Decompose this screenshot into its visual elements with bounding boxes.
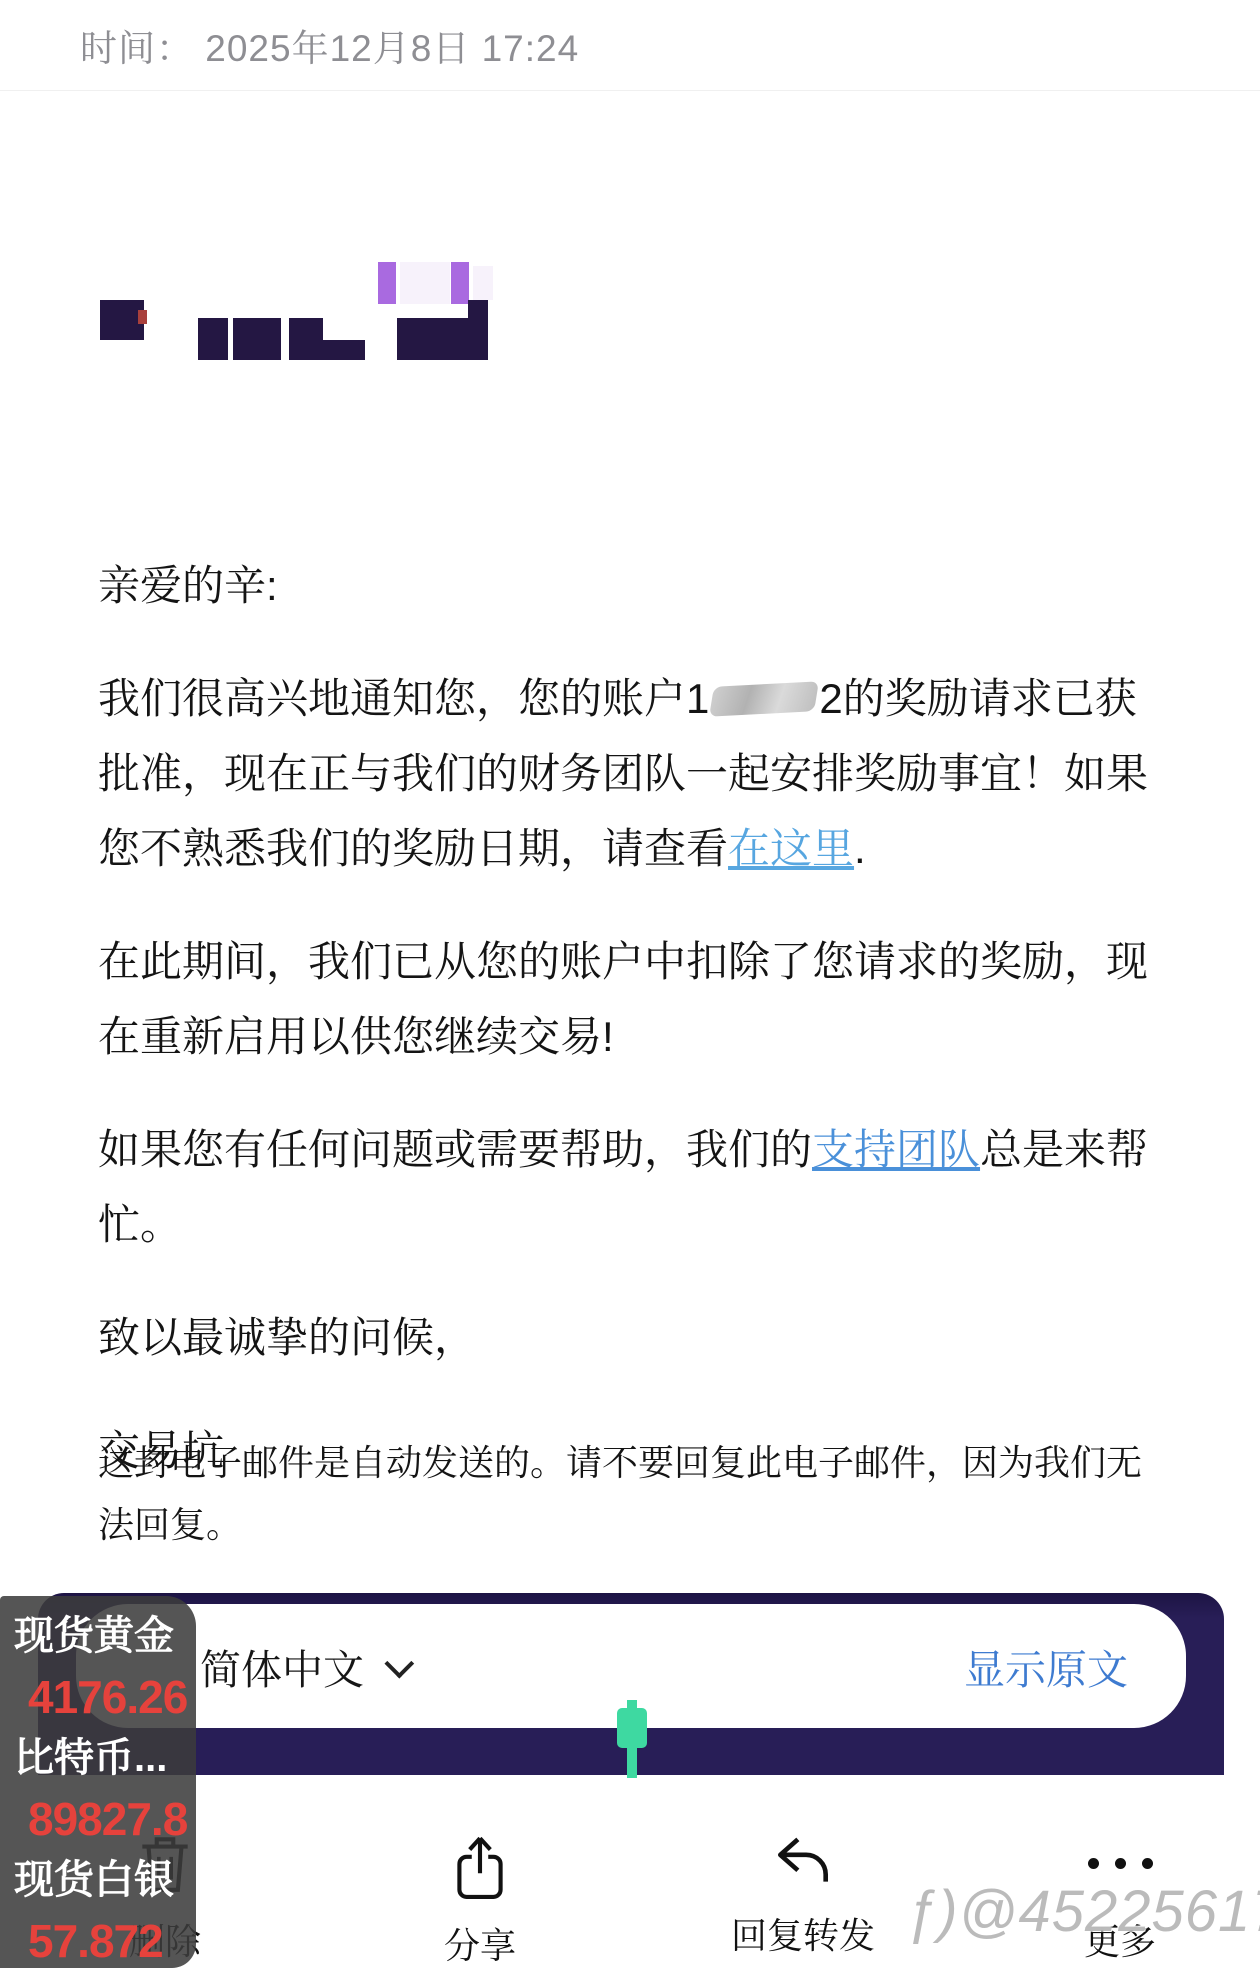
price-ticker-overlay[interactable]: 现货黄金 4176.26 比特币... 89827.8 现货白银 57.872 (0, 1596, 196, 1968)
logo-pixel (198, 318, 228, 360)
green-candlestick-icon (617, 1700, 647, 1780)
logo-pixel (468, 300, 488, 360)
logo-pixel (138, 310, 147, 324)
auto-send-disclaimer: 这封电子邮件是自动发送的。请不要回复此电子邮件，因为我们无法回复。 (98, 1432, 1176, 1556)
reply-forward-label: 回复转发 (731, 1908, 875, 1959)
time-value: 2025年12月8日 17:24 (205, 28, 579, 69)
ticker-name: 比特币... (0, 1728, 196, 1788)
reply-arrow-icon (770, 1830, 836, 1890)
closing-line: 致以最诚挚的问候， (98, 1300, 1164, 1375)
time-label: 时间： (80, 28, 194, 69)
watermark-glyph: ƒ) (905, 1879, 959, 1944)
paragraph-deduction: 在此期间，我们已从您的账户中扣除了您请求的奖励，现在重新启用以供您继续交易! (98, 924, 1164, 1074)
ticker-name: 现货黄金 (0, 1606, 196, 1666)
watermark: ƒ)@452256179 (905, 1878, 1260, 1945)
paragraph-approval: 我们很高兴地通知您，您的账户12的奖励请求已获批准，现在正与我们的财务团队一起安… (98, 661, 1164, 886)
show-original-button[interactable]: 显示原文 (964, 1637, 1128, 1696)
paragraph-support: 如果您有任何问题或需要帮助，我们的支持团队总是来帮忙。 (98, 1112, 1164, 1262)
email-body: 亲爱的辛: 我们很高兴地通知您，您的账户12的奖励请求已获批准，现在正与我们的财… (98, 548, 1164, 1526)
logo-pixel (400, 262, 450, 304)
language-selector[interactable]: 简体中文 (200, 1637, 407, 1696)
brand-logo-censored (95, 200, 495, 360)
time-bar: 时间： 2025年12月8日 17:24 (0, 0, 1260, 91)
share-label: 分享 (444, 1918, 516, 1968)
chevron-down-icon (384, 1648, 414, 1678)
logo-pixel (451, 262, 469, 304)
ticker-name: 现货白银 (0, 1850, 196, 1910)
logo-pixel (289, 340, 365, 360)
logo-pixel (473, 266, 493, 300)
logo-pixel (378, 262, 396, 304)
ticker-value: 89827.8 (0, 1788, 196, 1850)
greeting: 亲爱的辛: (98, 548, 1164, 623)
email-reader-screen: 时间： 2025年12月8日 17:24 亲爱的辛: 我们很高兴地通知您，您的账… (0, 0, 1260, 1968)
watermark-id: @452256179 (959, 1879, 1260, 1944)
ticker-value: 4176.26 (0, 1666, 196, 1728)
reply-forward-button[interactable]: 回复转发 (703, 1830, 903, 1959)
account-number-redaction (709, 681, 819, 716)
see-here-link[interactable]: 在这里 (728, 825, 854, 872)
language-label: 简体中文 (200, 1637, 364, 1696)
received-time: 时间： 2025年12月8日 17:24 (80, 18, 579, 72)
support-team-link[interactable]: 支持团队 (812, 1126, 980, 1173)
logo-pixel (397, 318, 477, 360)
share-icon (451, 1830, 509, 1900)
ticker-value: 57.872 (0, 1910, 196, 1968)
logo-pixel (233, 318, 281, 360)
share-button[interactable]: 分享 (380, 1830, 580, 1968)
